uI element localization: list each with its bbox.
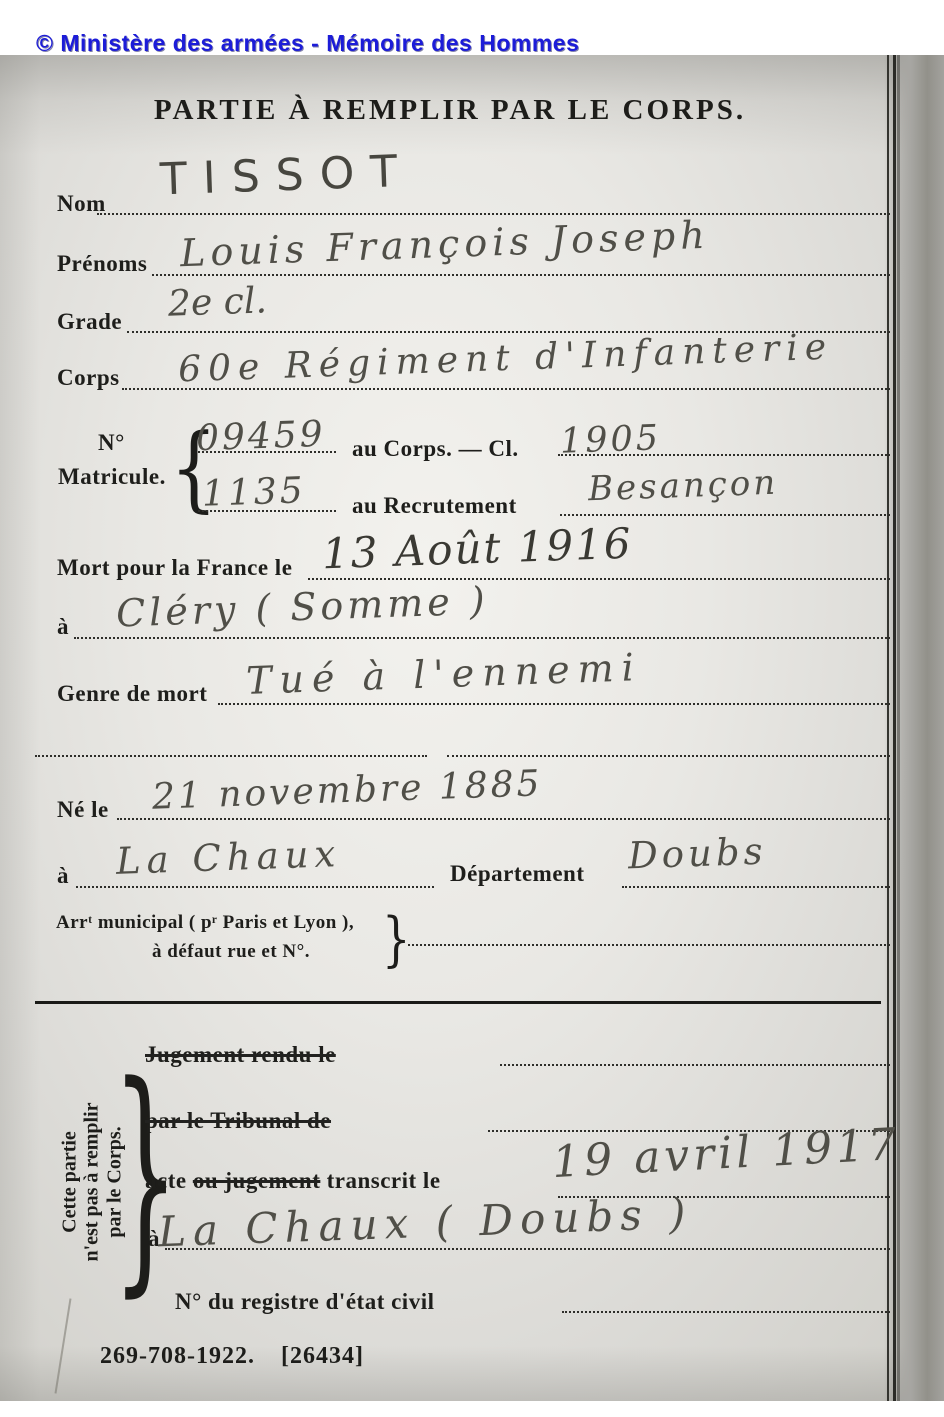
dotted-line xyxy=(97,213,890,215)
acte-label-struck-part: ou jugement xyxy=(193,1168,321,1193)
naissance-lieu-label: à xyxy=(57,863,69,889)
au-corps-label: au Corps. — Cl. xyxy=(352,436,519,462)
dotted-line xyxy=(76,886,434,888)
nom-handwriting: TISSOT xyxy=(159,146,414,206)
dotted-line xyxy=(117,818,890,820)
tribunal-label: par le Tribunal de xyxy=(145,1108,331,1134)
dotted-line xyxy=(558,454,890,456)
dotted-line xyxy=(74,637,890,639)
book-binding-edge xyxy=(884,55,944,1401)
acte-label-prefix: acte xyxy=(145,1168,187,1193)
arr-municipal-brace: } xyxy=(382,904,411,978)
dotted-line xyxy=(447,755,890,757)
naissance-lieu-handwriting: La Chaux xyxy=(115,832,342,883)
footer-reference: 269-708-1922.[26434] xyxy=(100,1343,390,1370)
matricule-recrutement-number-handwriting: 1135 xyxy=(201,470,306,515)
grade-handwriting: 2e cl. xyxy=(167,280,267,324)
prenoms-label: Prénoms xyxy=(57,251,147,277)
mort-date-label: Mort pour la France le xyxy=(57,555,292,581)
dotted-line xyxy=(622,886,890,888)
acte-label: acte ou jugement transcrit le xyxy=(145,1168,441,1194)
arr-municipal-label-line1: Arrᵗ municipal ( pʳ Paris et Lyon ), xyxy=(56,912,354,934)
arr-municipal-label-line2: à défaut rue et N°. xyxy=(152,941,310,963)
mort-lieu-label: à xyxy=(57,614,69,640)
matricule-label-line1: N° xyxy=(98,430,125,456)
side-note-line: n'est pas à remplir xyxy=(81,1017,103,1347)
departement-handwriting: Doubs xyxy=(627,830,767,878)
dotted-line xyxy=(562,1311,890,1313)
grade-label: Grade xyxy=(57,309,122,335)
naissance-date-label: Né le xyxy=(57,797,109,823)
dotted-line xyxy=(152,274,890,276)
acte-label-suffix: transcrit le xyxy=(327,1168,441,1193)
print-reference: 269-708-1922. xyxy=(100,1343,255,1369)
departement-label: Département xyxy=(450,861,585,887)
dotted-line xyxy=(500,1064,890,1066)
copyright-watermark: © Ministère des armées - Mémoire des Hom… xyxy=(36,30,579,57)
dotted-line xyxy=(408,944,890,946)
dotted-line xyxy=(198,510,336,512)
dotted-line xyxy=(308,578,890,580)
dotted-line xyxy=(198,451,336,453)
jugement-label: Jugement rendu le xyxy=(145,1042,336,1068)
bracket-number: [26434] xyxy=(281,1343,364,1369)
corps-label: Corps xyxy=(57,365,120,391)
dotted-line xyxy=(35,755,427,757)
genre-mort-label: Genre de mort xyxy=(57,681,207,707)
dotted-line xyxy=(560,514,890,516)
page-title: PARTIE À REMPLIR PAR LE CORPS. xyxy=(0,94,900,127)
section-divider xyxy=(35,1001,881,1004)
au-recrutement-label: au Recrutement xyxy=(352,493,517,519)
matricule-label-line2: Matricule. xyxy=(58,464,166,490)
registre-label: N° du registre d'état civil xyxy=(175,1289,434,1315)
scanned-record-page: © Ministère des armées - Mémoire des Hom… xyxy=(0,0,944,1417)
dotted-line xyxy=(218,703,890,705)
recrutement-place-handwriting: Besançon xyxy=(587,463,778,510)
